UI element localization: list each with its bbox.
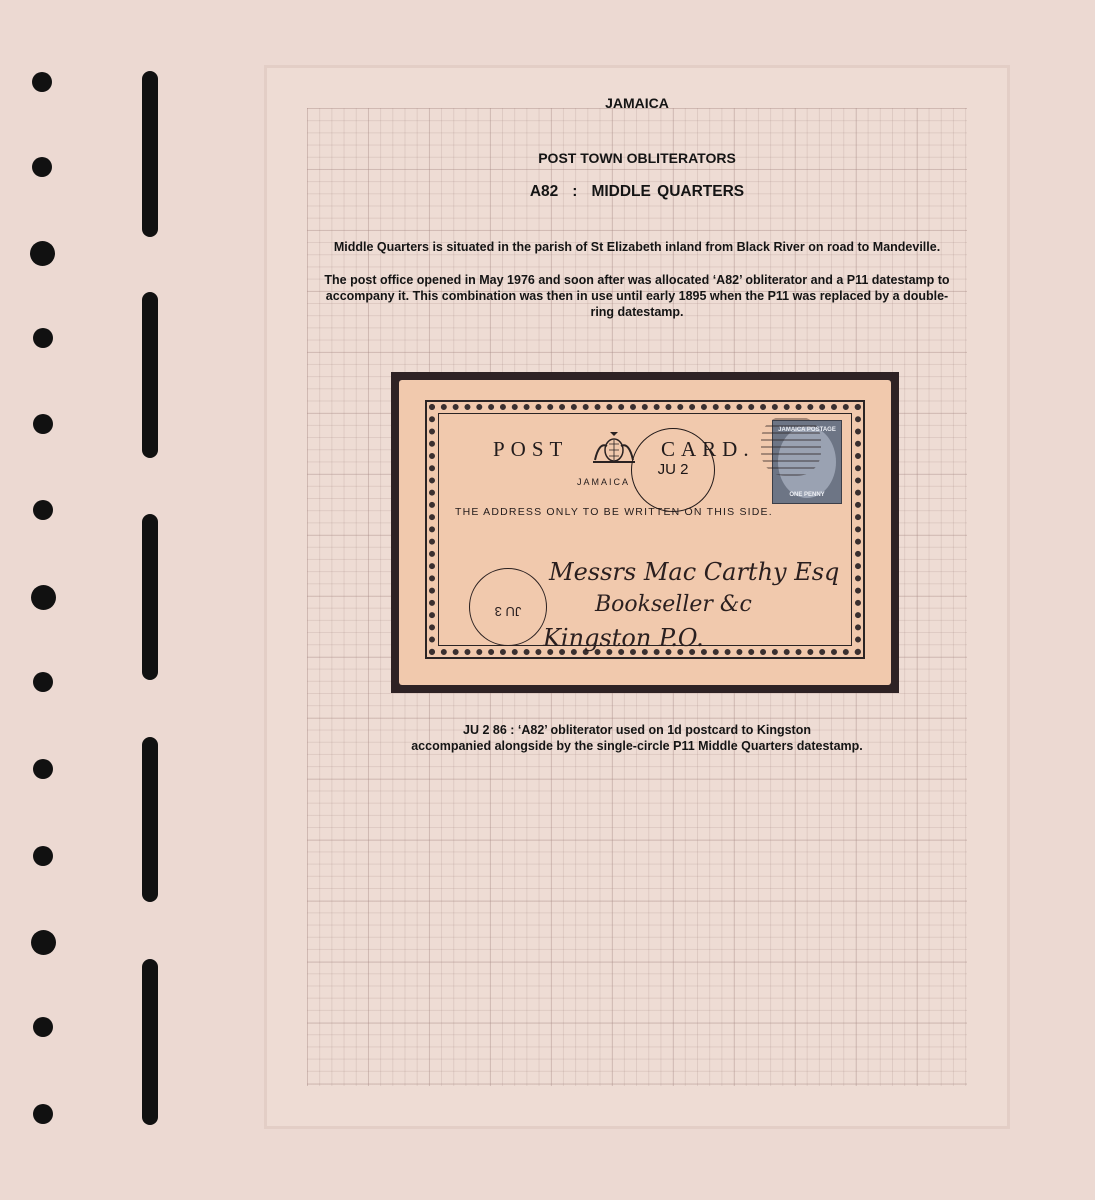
address-line: Kingston P.O.	[543, 624, 704, 652]
punch-hole	[31, 585, 56, 610]
section-title: POST TOWN OBLITERATORS	[267, 150, 1007, 166]
punch-hole	[33, 328, 53, 348]
item-caption: JU 2 86 : ‘A82’ obliterator used on 1d p…	[267, 722, 1007, 754]
origin-date: JU 2	[632, 461, 714, 478]
postcard-mount: POST CARD. JAMAICA THE ADDRESS ONLY TO B…	[391, 372, 899, 693]
punch-hole	[33, 414, 53, 434]
binder-slot	[142, 737, 158, 902]
town-name: MIDDLE QUARTERS	[591, 183, 744, 200]
history-paragraph: The post office opened in May 1976 and s…	[267, 272, 1007, 320]
caption-line: accompanied alongside by the single-circ…	[267, 738, 1007, 754]
middle-quarters-datestamp: JU 2	[631, 428, 715, 512]
punch-hole	[33, 1017, 53, 1037]
stamp-value-label: ONE PENNY	[773, 492, 841, 498]
obliterator-code: A82	[530, 183, 558, 200]
punch-hole	[33, 500, 53, 520]
punch-hole	[33, 672, 53, 692]
postcard-instruction: THE ADDRESS ONLY TO BE WRITTEN ON THIS S…	[455, 506, 773, 518]
kingston-arrival-datestamp: JU 3	[469, 568, 547, 646]
punch-hole	[33, 846, 53, 866]
caption-line: JU 2 86 : ‘A82’ obliterator used on 1d p…	[267, 722, 1007, 738]
country-heading: JAMAICA	[267, 95, 1007, 111]
postcard-country: JAMAICA	[577, 477, 630, 487]
postcard-title-left: POST	[493, 437, 568, 462]
punch-hole	[32, 157, 52, 177]
page-subheading: A82:MIDDLE QUARTERS	[267, 183, 1007, 201]
subheading-separator: :	[572, 183, 577, 200]
address-line: Messrs Mac Carthy Esq	[549, 558, 839, 586]
punch-hole	[31, 930, 56, 955]
arrival-date: JU 3	[470, 604, 546, 619]
address-line: Bookseller &c	[595, 592, 752, 617]
a82-obliterator-cancel	[761, 416, 821, 476]
binder-slot	[142, 959, 158, 1125]
punch-hole	[33, 759, 53, 779]
postcard: POST CARD. JAMAICA THE ADDRESS ONLY TO B…	[399, 380, 891, 685]
album-page: JAMAICA POST TOWN OBLITERATORS A82:MIDDL…	[264, 65, 1010, 1129]
punch-hole	[32, 72, 52, 92]
intro-paragraph: Middle Quarters is situated in the paris…	[267, 240, 1007, 254]
punch-hole	[30, 241, 55, 266]
binder-slot	[142, 514, 158, 680]
binder-slot	[142, 71, 158, 237]
punch-hole	[33, 1104, 53, 1124]
binder-slot	[142, 292, 158, 458]
